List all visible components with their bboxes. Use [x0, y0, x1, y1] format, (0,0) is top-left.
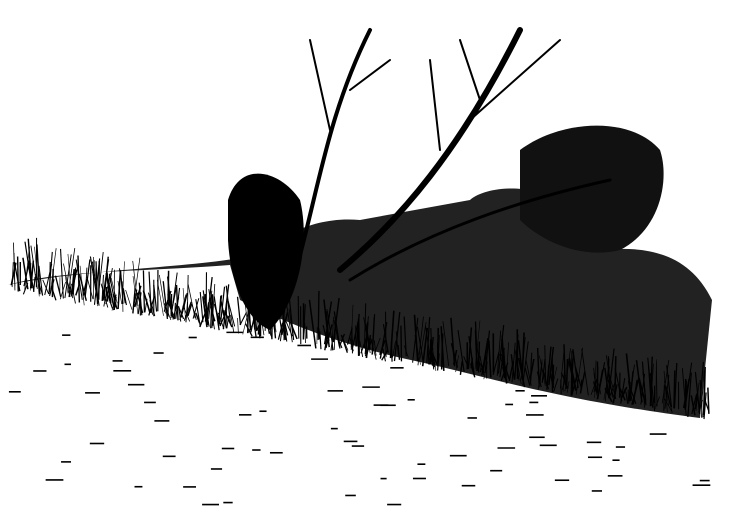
riverbank-illustration [0, 0, 739, 514]
ink-drawing [0, 0, 739, 514]
